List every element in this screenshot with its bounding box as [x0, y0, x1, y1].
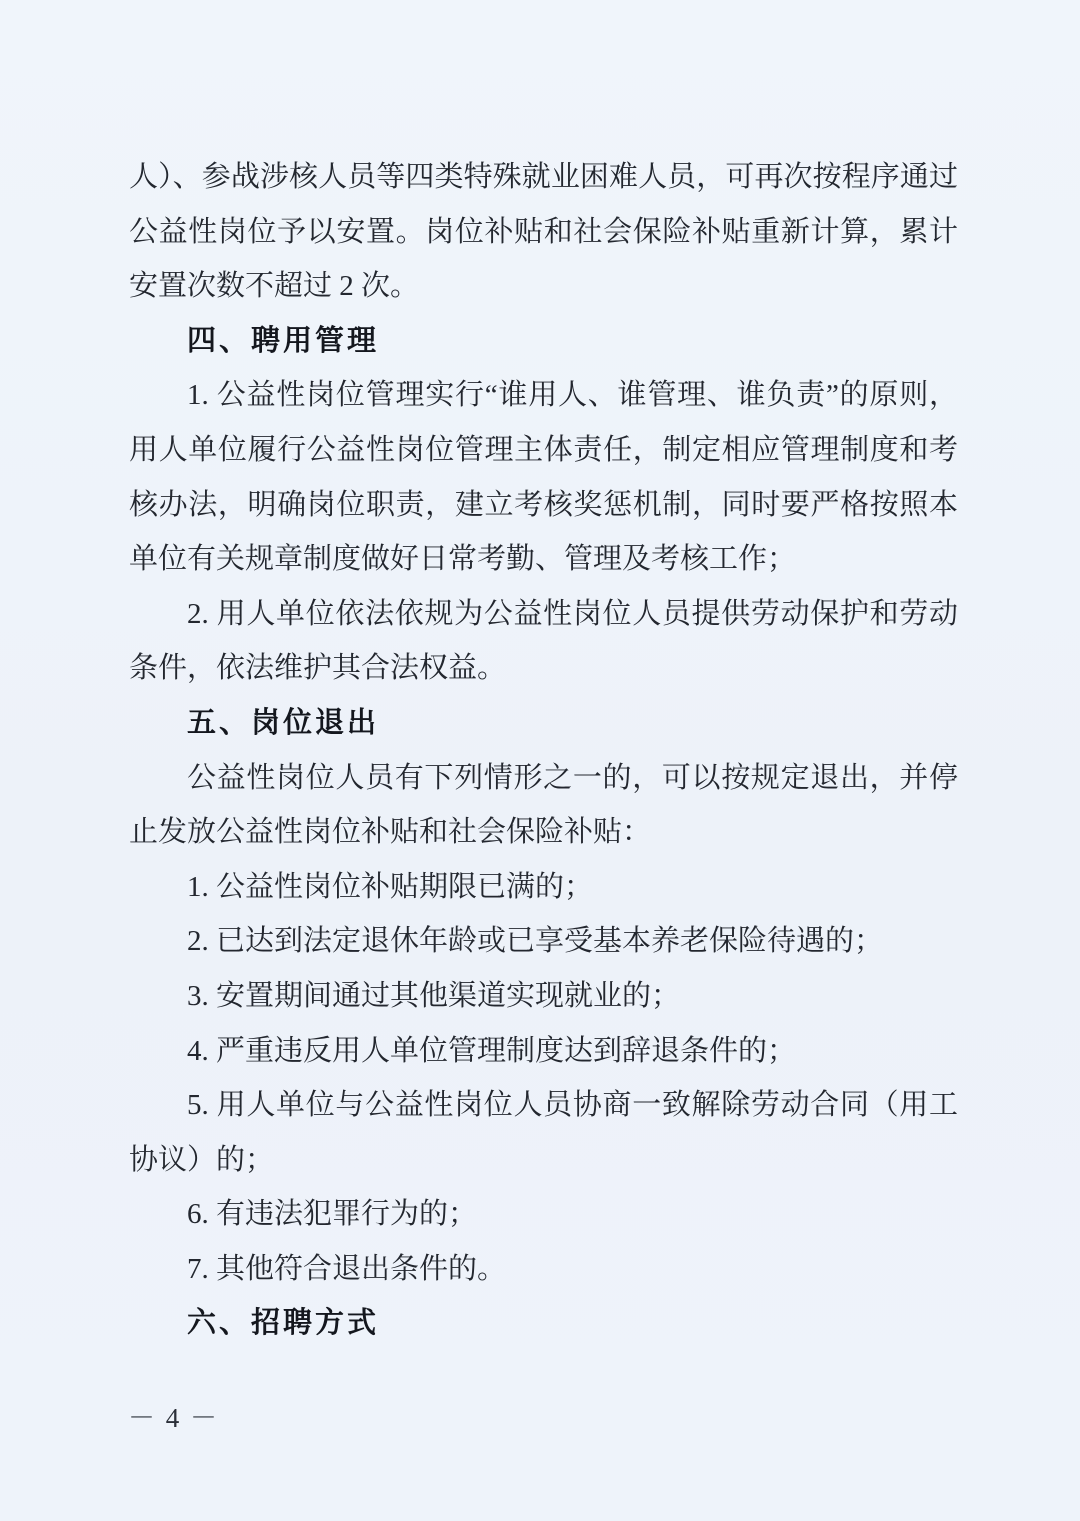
paragraph-placement-continuation: 人）、参战涉核人员等四类特殊就业困难人员，可再次按程序通过公益性岗位予以安置。岗… [129, 150, 958, 314]
paragraph-exit-intro: 公益性岗位人员有下列情形之一的，可以按规定退出，并停止发放公益性岗位补贴和社会保… [129, 751, 958, 860]
page-number: － 4 － [128, 1396, 219, 1435]
list-item-exit-3: 3. 安置期间通过其他渠道实现就业的； [129, 969, 958, 1024]
list-item-exit-1: 1. 公益性岗位补贴期限已满的； [129, 860, 958, 915]
list-item-exit-2: 2. 已达到法定退休年龄或已享受基本养老保险待遇的； [129, 914, 958, 969]
heading-section-5-post-exit: 五、岗位退出 [129, 696, 958, 751]
heading-section-6-recruitment-method: 六、招聘方式 [129, 1296, 958, 1351]
list-item-exit-4: 4. 严重违反用人单位管理制度达到辞退条件的； [129, 1024, 958, 1079]
document-body: 人）、参战涉核人员等四类特殊就业困难人员，可再次按程序通过公益性岗位予以安置。岗… [129, 150, 958, 1351]
list-item-exit-6: 6. 有违法犯罪行为的； [129, 1187, 958, 1242]
list-item-exit-7: 7. 其他符合退出条件的。 [129, 1242, 958, 1297]
paragraph-management-item-2: 2. 用人单位依法依规为公益性岗位人员提供劳动保护和劳动条件，依法维护其合法权益… [129, 587, 958, 696]
list-item-exit-5: 5. 用人单位与公益性岗位人员协商一致解除劳动合同（用工协议）的； [129, 1078, 958, 1187]
document-page: 人）、参战涉核人员等四类特殊就业困难人员，可再次按程序通过公益性岗位予以安置。岗… [0, 0, 1080, 1521]
paragraph-management-item-1: 1. 公益性岗位管理实行“谁用人、谁管理、谁负责”的原则，用人单位履行公益性岗位… [129, 368, 958, 586]
heading-section-4-employment-management: 四、聘用管理 [129, 314, 958, 369]
